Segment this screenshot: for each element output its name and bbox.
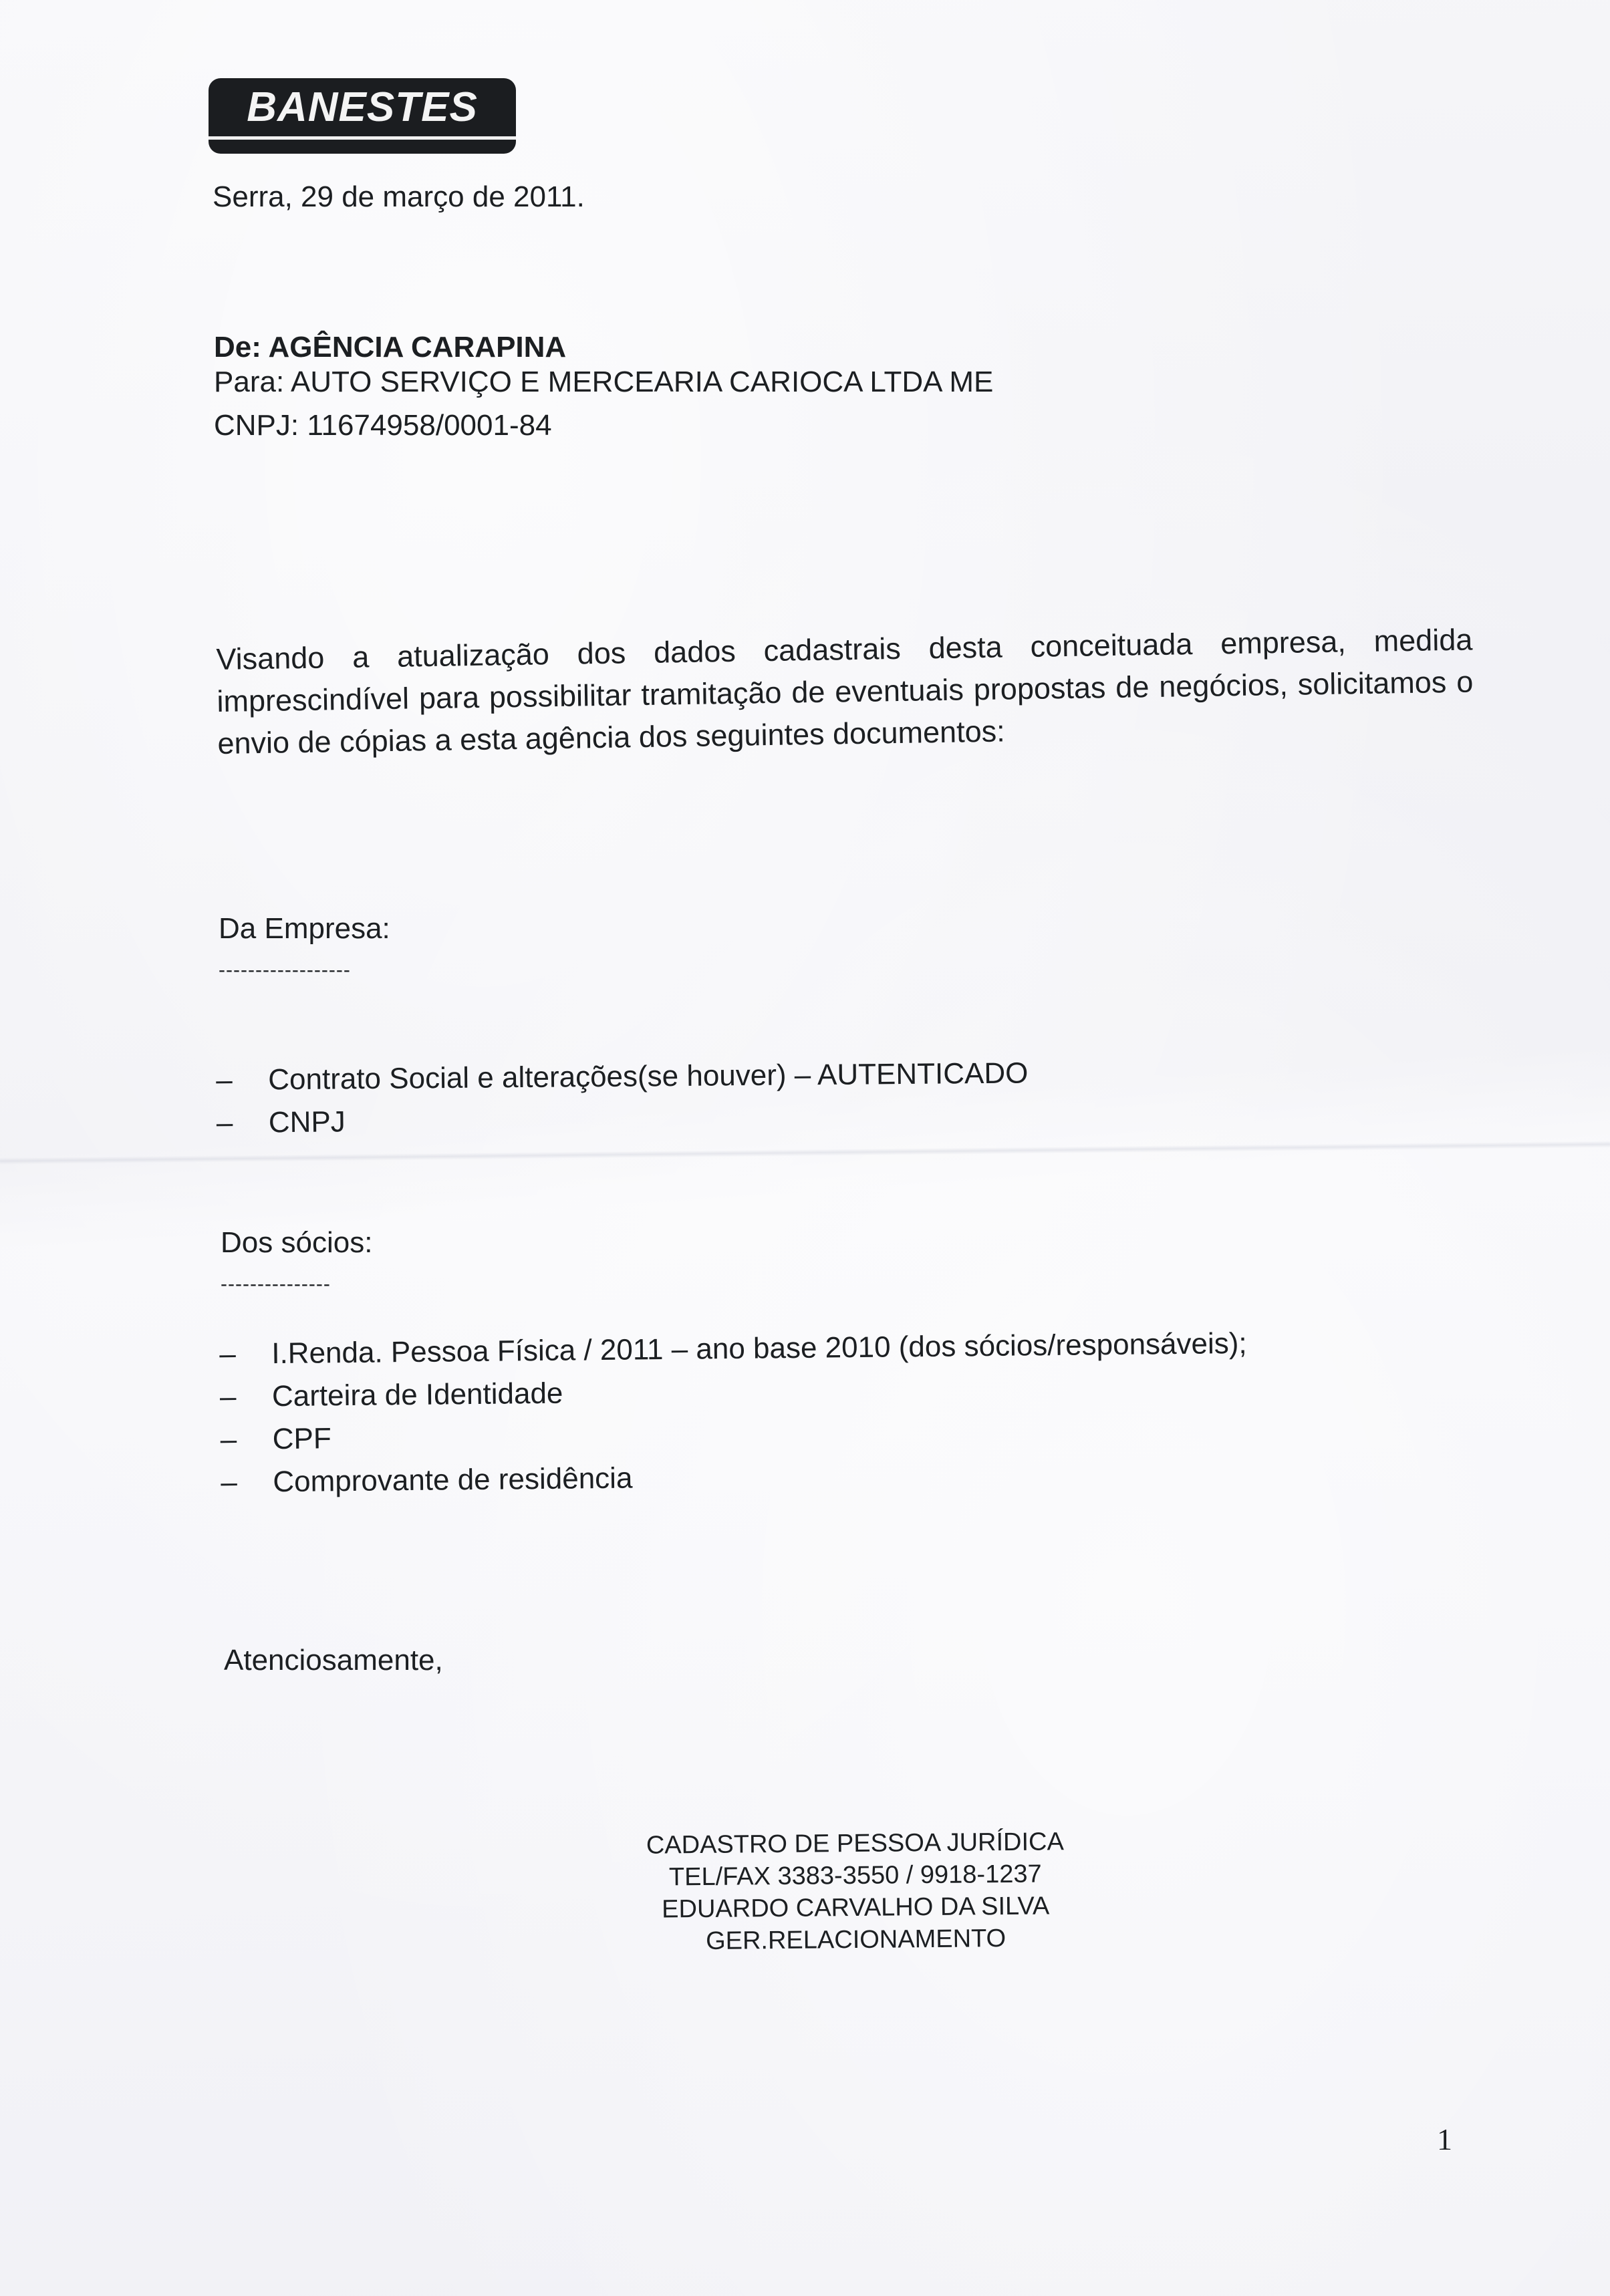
bullet-dash: – (219, 1332, 272, 1376)
logo-stripe (209, 136, 516, 140)
page-number: 1 (1437, 2122, 1452, 2157)
list-item: –Contrato Social e alterações(se houver)… (216, 1052, 1029, 1102)
letter-body: Visando a atualização dos dados cadastra… (216, 618, 1474, 764)
section-underline-empresa: ------------------ (219, 959, 351, 982)
letter-date: Serra, 29 de março de 2011. (213, 180, 585, 214)
bullet-dash: – (220, 1375, 273, 1419)
signature-title: GER.RELACIONAMENTO (588, 1922, 1123, 1959)
letter-from: De: AGÊNCIA CARAPINA (214, 331, 566, 364)
bullet-dash: – (220, 1418, 273, 1461)
signature-name: EDUARDO CARVALHO DA SILVA (588, 1890, 1123, 1926)
list-item-text: Carteira de Identidade (272, 1377, 563, 1413)
signature-department: CADASTRO DE PESSOA JURÍDICA (587, 1826, 1122, 1862)
list-item: –CNPJ (217, 1095, 1029, 1145)
bullet-dash: – (216, 1058, 269, 1102)
banestes-logo: BANESTES (209, 78, 516, 154)
bullet-dash: – (221, 1461, 273, 1504)
logo-text: BANESTES (209, 84, 516, 131)
signature-block: CADASTRO DE PESSOA JURÍDICA TEL/FAX 3383… (587, 1826, 1123, 1959)
section-underline-socios: --------------- (221, 1273, 331, 1296)
list-item-text: Comprovante de residência (273, 1462, 633, 1499)
closing-salutation: Atenciosamente, (224, 1644, 443, 1677)
document-list-socios: –I.Renda. Pessoa Física / 2011 – ano bas… (219, 1322, 1248, 1504)
list-item-text: CPF (272, 1422, 331, 1455)
list-item-text: I.Renda. Pessoa Física / 2011 – ano base… (271, 1327, 1247, 1370)
section-heading-empresa: Da Empresa: (219, 912, 390, 946)
letter-recipient: Para: AUTO SERVIÇO E MERCEARIA CARIOCA L… (214, 366, 993, 399)
document-list-empresa: –Contrato Social e alterações(se houver)… (216, 1052, 1029, 1145)
signature-phone: TEL/FAX 3383-3550 / 9918-1237 (588, 1858, 1123, 1894)
section-heading-socios: Dos sócios: (221, 1226, 372, 1260)
list-item-text: Contrato Social e alterações(se houver) … (268, 1056, 1029, 1096)
bullet-dash: – (217, 1101, 269, 1145)
list-item-text: CNPJ (269, 1105, 346, 1139)
recipient-cnpj: CNPJ: 11674958/0001-84 (214, 409, 552, 442)
